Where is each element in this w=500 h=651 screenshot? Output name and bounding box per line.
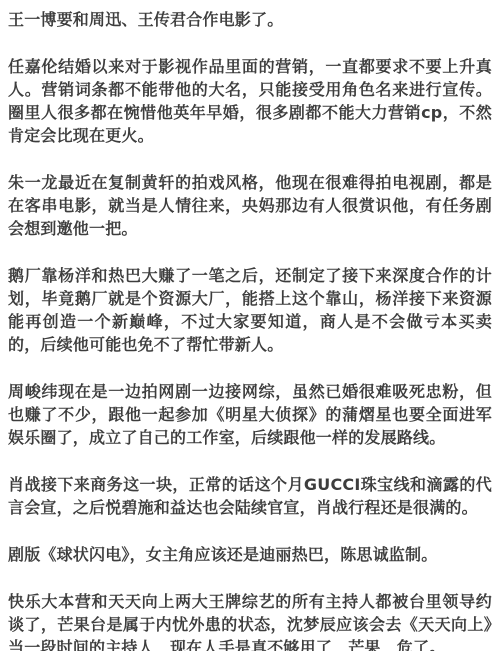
paragraph: 周峻纬现在是一边拍网剧一边接网综，虽然已婚很难吸死忠粉，但也赚了不少，跟他一起参… — [8, 380, 492, 449]
paragraph: 肖战接下来商务这一块，正常的话这个月GUCCI珠宝线和滴露的代言会宣，之后悦碧施… — [8, 473, 492, 519]
article-page: 王一博要和周迅、王传君合作电影了。 任嘉伦结婚以来对于影视作品里面的营销，一直都… — [0, 0, 500, 651]
paragraph: 任嘉伦结婚以来对于影视作品里面的营销，一直都要求不要上升真人。营销词条都不能带他… — [8, 55, 492, 147]
paragraph: 快乐大本营和天天向上两大王牌综艺的所有主持人都被台里领导约谈了，芒果台是属于内忧… — [8, 590, 492, 651]
paragraph: 朱一龙最近在复制黄轩的拍戏风格，他现在很难得拍电视剧，都是在客串电影，就当是人情… — [8, 171, 492, 240]
paragraph: 剧版《球状闪电》，女主角应该还是迪丽热巴，陈思诚监制。 — [8, 543, 492, 566]
paragraph: 王一博要和周迅、王传君合作电影了。 — [8, 8, 492, 31]
article-body: 王一博要和周迅、王传君合作电影了。 任嘉伦结婚以来对于影视作品里面的营销，一直都… — [8, 8, 492, 651]
paragraph: 鹅厂靠杨洋和热巴大赚了一笔之后，还制定了接下来深度合作的计划，毕竟鹅厂就是个资源… — [8, 264, 492, 356]
